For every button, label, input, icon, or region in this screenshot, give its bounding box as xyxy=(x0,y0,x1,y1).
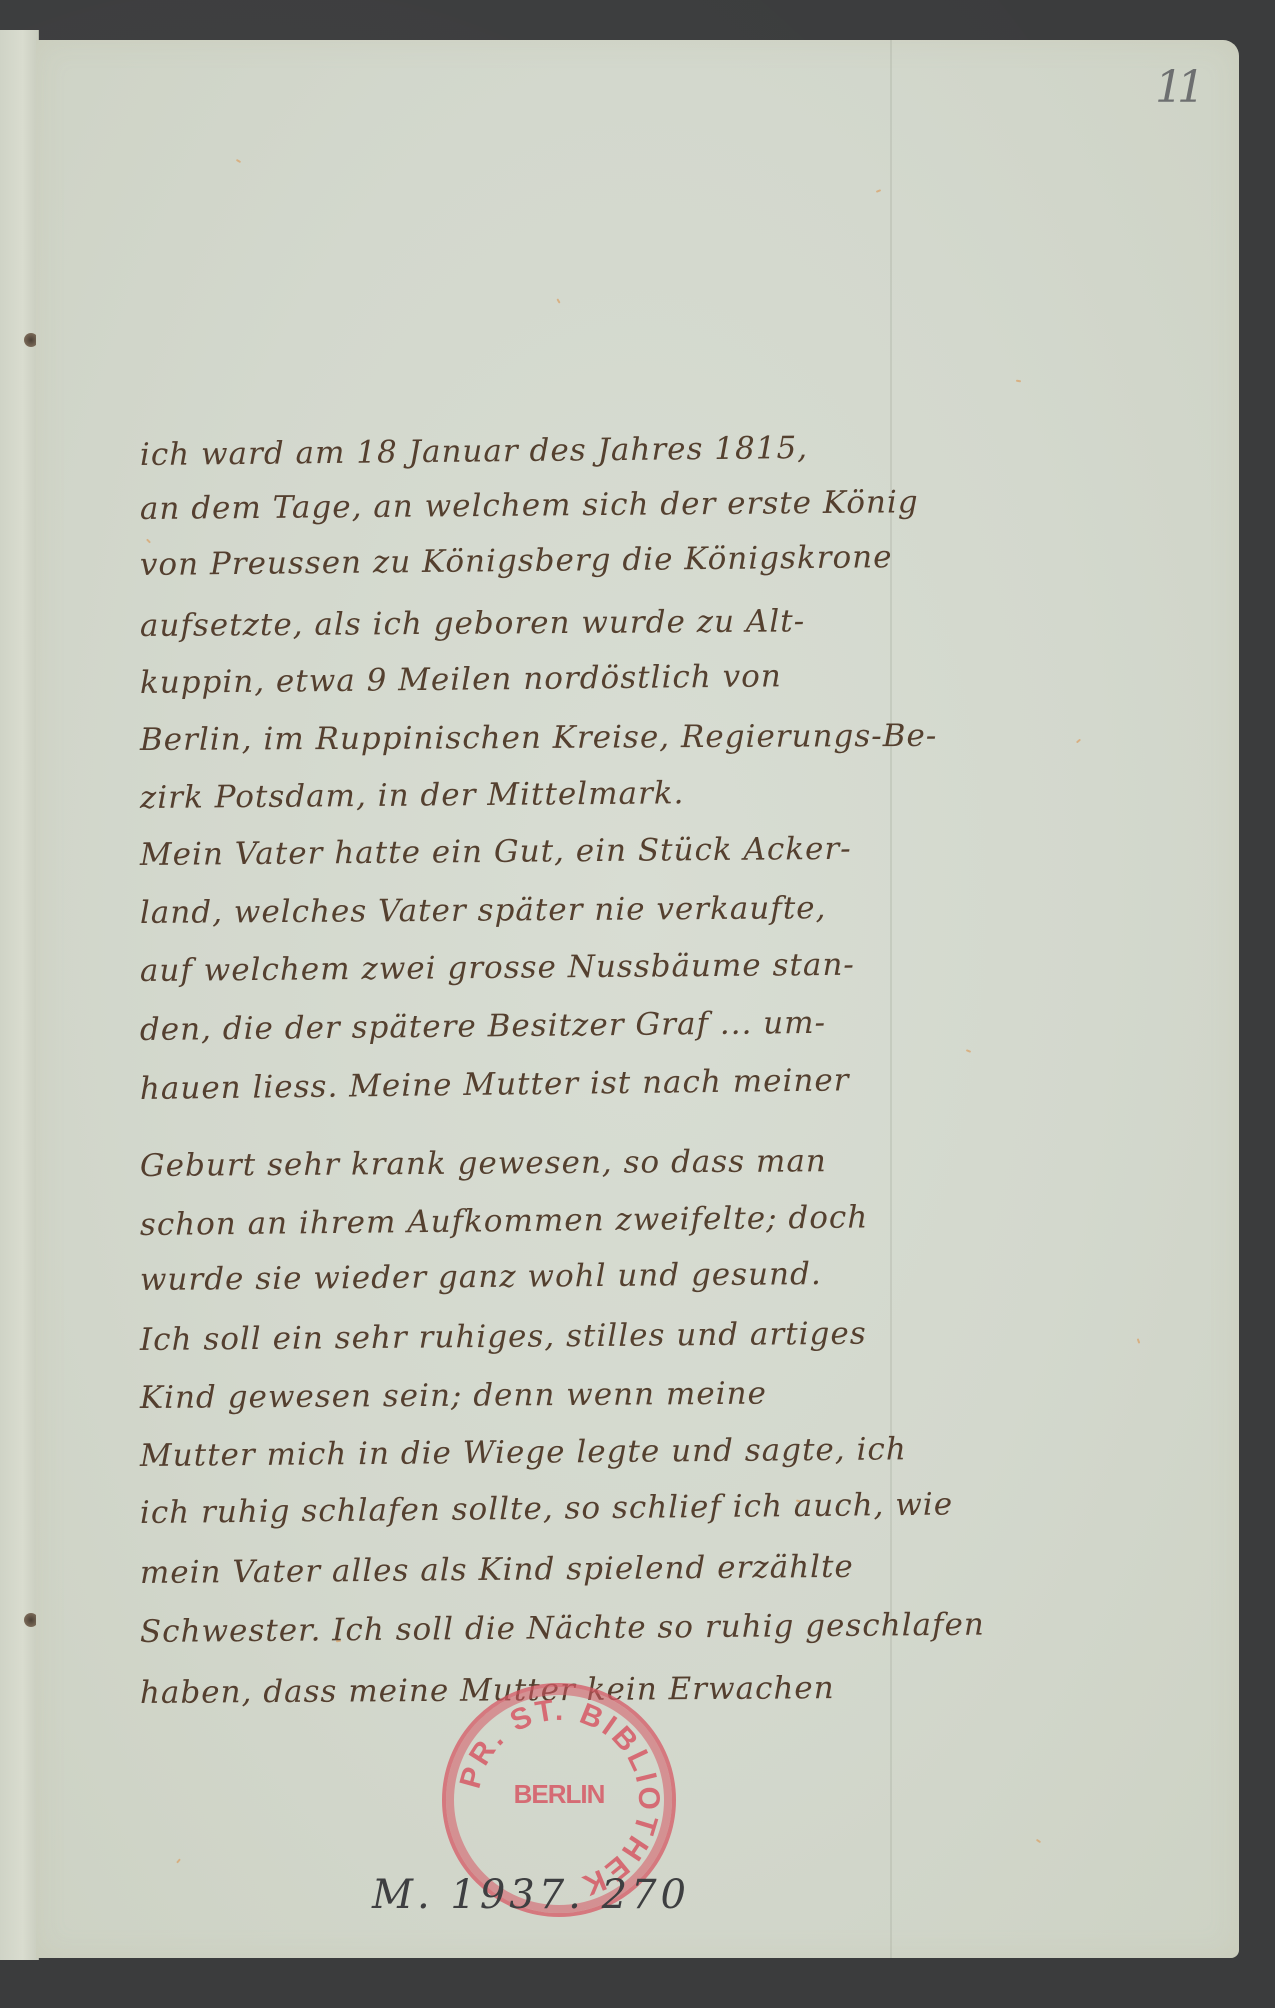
paper-speck xyxy=(236,159,241,163)
manuscript-line: auf welchem zwei grosse Nussbäume stan- xyxy=(140,947,855,1003)
manuscript-line: Geburt sehr krank gewesen, so dass man xyxy=(140,1143,827,1198)
paper-speck xyxy=(556,298,560,303)
manuscript-line: land, welches Vater später nie verkaufte… xyxy=(140,890,827,945)
manuscript-line: Kind gewesen sein; denn wenn meine xyxy=(140,1376,767,1430)
manuscript-line: Schwester. Ich soll die Nächte so ruhig … xyxy=(140,1607,985,1664)
manuscript-line: ich ruhig schlafen sollte, so schlief ic… xyxy=(140,1486,954,1545)
manuscript-line: den, die der spätere Besitzer Graf ... u… xyxy=(140,1005,827,1062)
previous-leaf-edge xyxy=(0,30,39,1960)
manuscript-line: aufsetzte, als ich geboren wurde zu Alt- xyxy=(140,603,806,658)
manuscript-line: Mutter mich in die Wiege legte und sagte… xyxy=(140,1431,907,1488)
manuscript-line: Ich soll ein sehr ruhiges, stilles und a… xyxy=(140,1316,867,1372)
manuscript-line: zirk Potsdam, in der Mittelmark. xyxy=(140,775,685,830)
manuscript-line: kuppin, etwa 9 Meilen nordöstlich von xyxy=(140,658,782,715)
paper-speck xyxy=(876,189,881,193)
manuscript-line: Mein Vater hatte ein Gut, ein Stück Acke… xyxy=(140,831,852,887)
paper-speck xyxy=(176,1858,181,1863)
manuscript-line: mein Vater alles als Kind spielend erzäh… xyxy=(140,1549,854,1605)
paper-speck xyxy=(966,1049,971,1053)
manuscript-line: wurde sie wieder ganz wohl und gesund. xyxy=(140,1256,822,1312)
manuscript-line: von Preussen zu Königsberg die Königskro… xyxy=(140,539,893,597)
manuscript-line: ich ward am 18 Januar des Jahres 1815, xyxy=(140,430,809,487)
paper-speck xyxy=(1016,380,1021,383)
stamp-center-text: BERLIN xyxy=(446,1779,672,1810)
paper-speck xyxy=(1137,1338,1141,1343)
paper-speck xyxy=(1036,1839,1041,1844)
manuscript-line: Berlin, im Ruppinischen Kreise, Regierun… xyxy=(140,718,938,772)
manuscript-line: hauen liess. Meine Mutter ist nach meine… xyxy=(140,1062,850,1121)
shelfmark: M. 1937. 270 xyxy=(372,1872,690,1918)
folio-number: 11 xyxy=(1155,62,1199,113)
fold-line xyxy=(890,40,892,1958)
manuscript-line: an dem Tage, an welchem sich der erste K… xyxy=(140,484,919,541)
manuscript-line: schon an ihrem Aufkommen zweifelte; doch xyxy=(140,1199,869,1257)
paper-speck xyxy=(1076,739,1081,744)
